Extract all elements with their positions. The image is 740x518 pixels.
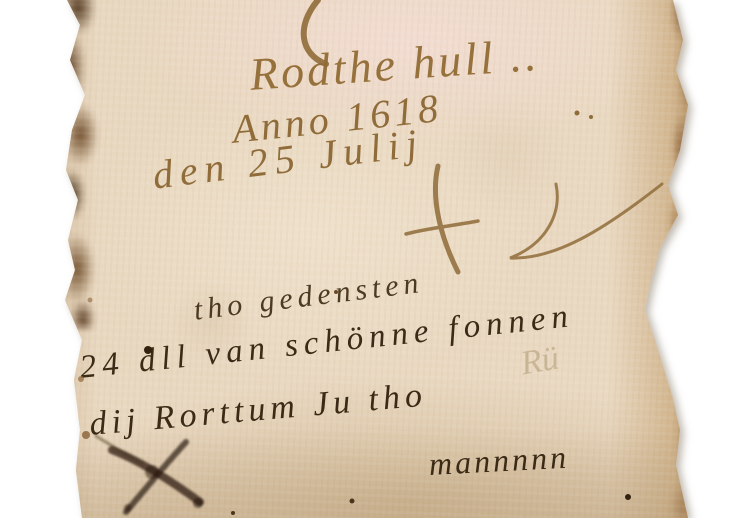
torn-edge-left-stain [54, 0, 114, 329]
manuscript-photo: { "manuscript": { "lines": [ { "text": "… [0, 0, 740, 518]
bottom-shading [58, 428, 698, 518]
torn-edge-right-stain [636, 0, 702, 274]
paper-sheet-wrapper [0, 0, 740, 518]
manuscript-page [58, 0, 698, 518]
